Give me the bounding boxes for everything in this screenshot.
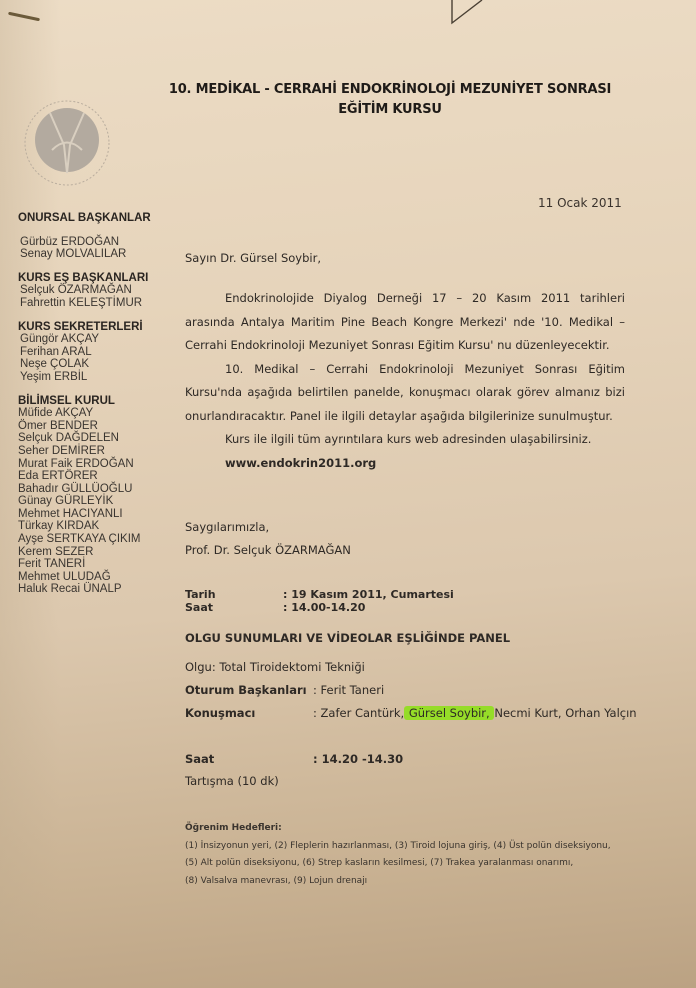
- panel-speakers-row: Konuşmacı : Zafer Cantürk, Gürsel Soybir…: [185, 702, 665, 725]
- objectives-line: (8) Valsalva manevrası, (9) Lojun drenaj…: [185, 873, 645, 891]
- salutation: Sayın Dr. Gürsel Soybir,: [185, 251, 625, 265]
- committee-member: Kerem SEZER: [18, 546, 188, 559]
- committee-member: Mehmet ULUDAĞ: [18, 571, 188, 584]
- schedule-time-row: Saat : 14.00-14.20: [185, 602, 625, 615]
- committee-heading: BİLİMSEL KURUL: [18, 395, 188, 408]
- title-line-1: 10. MEDİKAL - CERRAHİ ENDOKRİNOLOJİ MEZU…: [150, 80, 630, 100]
- letter-date: 11 Ocak 2011: [538, 196, 622, 210]
- panel-title: OLGU SUNUMLARI VE VİDEOLAR EŞLİĞİNDE PAN…: [185, 631, 625, 645]
- document-title: 10. MEDİKAL - CERRAHİ ENDOKRİNOLOJİ MEZU…: [150, 80, 630, 120]
- highlighted-speaker: Gürsel Soybir,: [404, 706, 494, 720]
- committee-heading: ONURSAL BAŞKANLAR: [18, 212, 188, 225]
- discussion-time-value: : 14.20 -14.30: [313, 748, 403, 770]
- discussion-time-label: Saat: [185, 748, 313, 770]
- course-website-link[interactable]: www.endokrin2011.org: [185, 452, 625, 476]
- schedule-date-value: : 19 Kasım 2011, Cumartesi: [283, 589, 454, 602]
- speakers-before: : Zafer Cantürk,: [313, 706, 404, 720]
- closing-block: Saygılarımızla, Prof. Dr. Selçuk ÖZARMAĞ…: [185, 516, 625, 562]
- title-line-2: EĞİTİM KURSU: [150, 100, 630, 120]
- objectives-heading: Öğrenim Hedefleri:: [185, 820, 645, 838]
- schedule-block: Tarih : 19 Kasım 2011, Cumartesi Saat : …: [185, 589, 625, 614]
- discussion-time-row: Saat : 14.20 -14.30: [185, 748, 625, 770]
- committee-member: Güngör AKÇAY: [18, 333, 188, 346]
- panel-chairs-row: Oturum Başkanları : Ferit Taneri: [185, 679, 665, 702]
- committee-member: Seher DEMİRER: [18, 445, 188, 458]
- committee-honorary-chairs: ONURSAL BAŞKANLAR Gürbüz ERDOĞAN Senay M…: [18, 212, 188, 261]
- committee-member: Fahrettin KELEŞTİMUR: [18, 297, 188, 310]
- schedule-time-value: : 14.00-14.20: [283, 602, 365, 615]
- committee-member: Müfide AKÇAY: [18, 407, 188, 420]
- panel-chairs-value: : Ferit Taneri: [313, 679, 384, 702]
- closing-text: Saygılarımızla,: [185, 516, 625, 539]
- committee-member: Ferihan ARAL: [18, 346, 188, 359]
- speakers-after: Necmi Kurt, Orhan Yalçın: [494, 706, 636, 720]
- schedule-date-row: Tarih : 19 Kasım 2011, Cumartesi: [185, 589, 625, 602]
- committee-co-chairs: KURS EŞ BAŞKANLARI Selçuk ÖZARMAĞAN Fahr…: [18, 272, 188, 310]
- committee-member: Neşe ÇOLAK: [18, 358, 188, 371]
- panel-chairs-label: Oturum Başkanları: [185, 679, 313, 702]
- committee-member: Mehmet HACIYANLI: [18, 508, 188, 521]
- panel-details: Olgu: Total Tiroidektomi Tekniği Oturum …: [185, 656, 665, 725]
- paragraph-3: Kurs ile ilgili tüm ayrıntılara kurs web…: [185, 428, 625, 452]
- discussion-text: Tartışma (10 dk): [185, 770, 625, 792]
- panel-case: Olgu: Total Tiroidektomi Tekniği: [185, 656, 665, 679]
- committee-member: Senay MOLVALILAR: [18, 248, 188, 261]
- objectives-line: (5) Alt polün diseksiyonu, (6) Strep kas…: [185, 855, 645, 873]
- committee-member: Bahadır GÜLLÜOĞLU: [18, 483, 188, 496]
- association-seal-icon: [22, 95, 112, 190]
- checkmark-icon: [448, 0, 508, 30]
- committee-heading: KURS EŞ BAŞKANLARI: [18, 272, 188, 285]
- signature: Prof. Dr. Selçuk ÖZARMAĞAN: [185, 539, 625, 562]
- committee-member: Gürbüz ERDOĞAN: [18, 236, 188, 249]
- paragraph-2: 10. Medikal – Cerrahi Endokrinoloji Mezu…: [185, 358, 625, 429]
- discussion-block: Saat : 14.20 -14.30 Tartışma (10 dk): [185, 748, 625, 792]
- committee-member: Türkay KIRDAK: [18, 520, 188, 533]
- schedule-time-label: Saat: [185, 602, 283, 615]
- committee-member: Selçuk DAĞDELEN: [18, 432, 188, 445]
- committee-member: Günay GÜRLEYİK: [18, 495, 188, 508]
- schedule-date-label: Tarih: [185, 589, 283, 602]
- committee-secretaries: KURS SEKRETERLERİ Güngör AKÇAY Ferihan A…: [18, 321, 188, 384]
- committee-scientific-board: BİLİMSEL KURUL Müfide AKÇAY Ömer BENDER …: [18, 395, 188, 597]
- committee-heading: KURS SEKRETERLERİ: [18, 321, 188, 334]
- committee-member: Ferit TANERİ: [18, 558, 188, 571]
- committee-member: Ayşe SERTKAYA ÇIKIM: [18, 533, 188, 546]
- committee-member: Yeşim ERBİL: [18, 371, 188, 384]
- committee-member: Haluk Recai ÜNALP: [18, 583, 188, 596]
- committee-member: Eda ERTÖRER: [18, 470, 188, 483]
- committee-member: Ömer BENDER: [18, 420, 188, 433]
- committee-member: Selçuk ÖZARMAĞAN: [18, 284, 188, 297]
- paragraph-1: Endokrinolojide Diyalog Derneği 17 – 20 …: [185, 287, 625, 358]
- committee-sidebar: ONURSAL BAŞKANLAR Gürbüz ERDOĞAN Senay M…: [18, 212, 188, 607]
- objectives-line: (1) İnsizyonun yeri, (2) Fleplerin hazır…: [185, 838, 645, 856]
- committee-member: Murat Faik ERDOĞAN: [18, 458, 188, 471]
- learning-objectives: Öğrenim Hedefleri: (1) İnsizyonun yeri, …: [185, 820, 645, 890]
- panel-speakers-label: Konuşmacı: [185, 702, 313, 725]
- panel-speakers-value: : Zafer Cantürk, Gürsel Soybir, Necmi Ku…: [313, 702, 637, 725]
- letter-body: Endokrinolojide Diyalog Derneği 17 – 20 …: [185, 287, 625, 475]
